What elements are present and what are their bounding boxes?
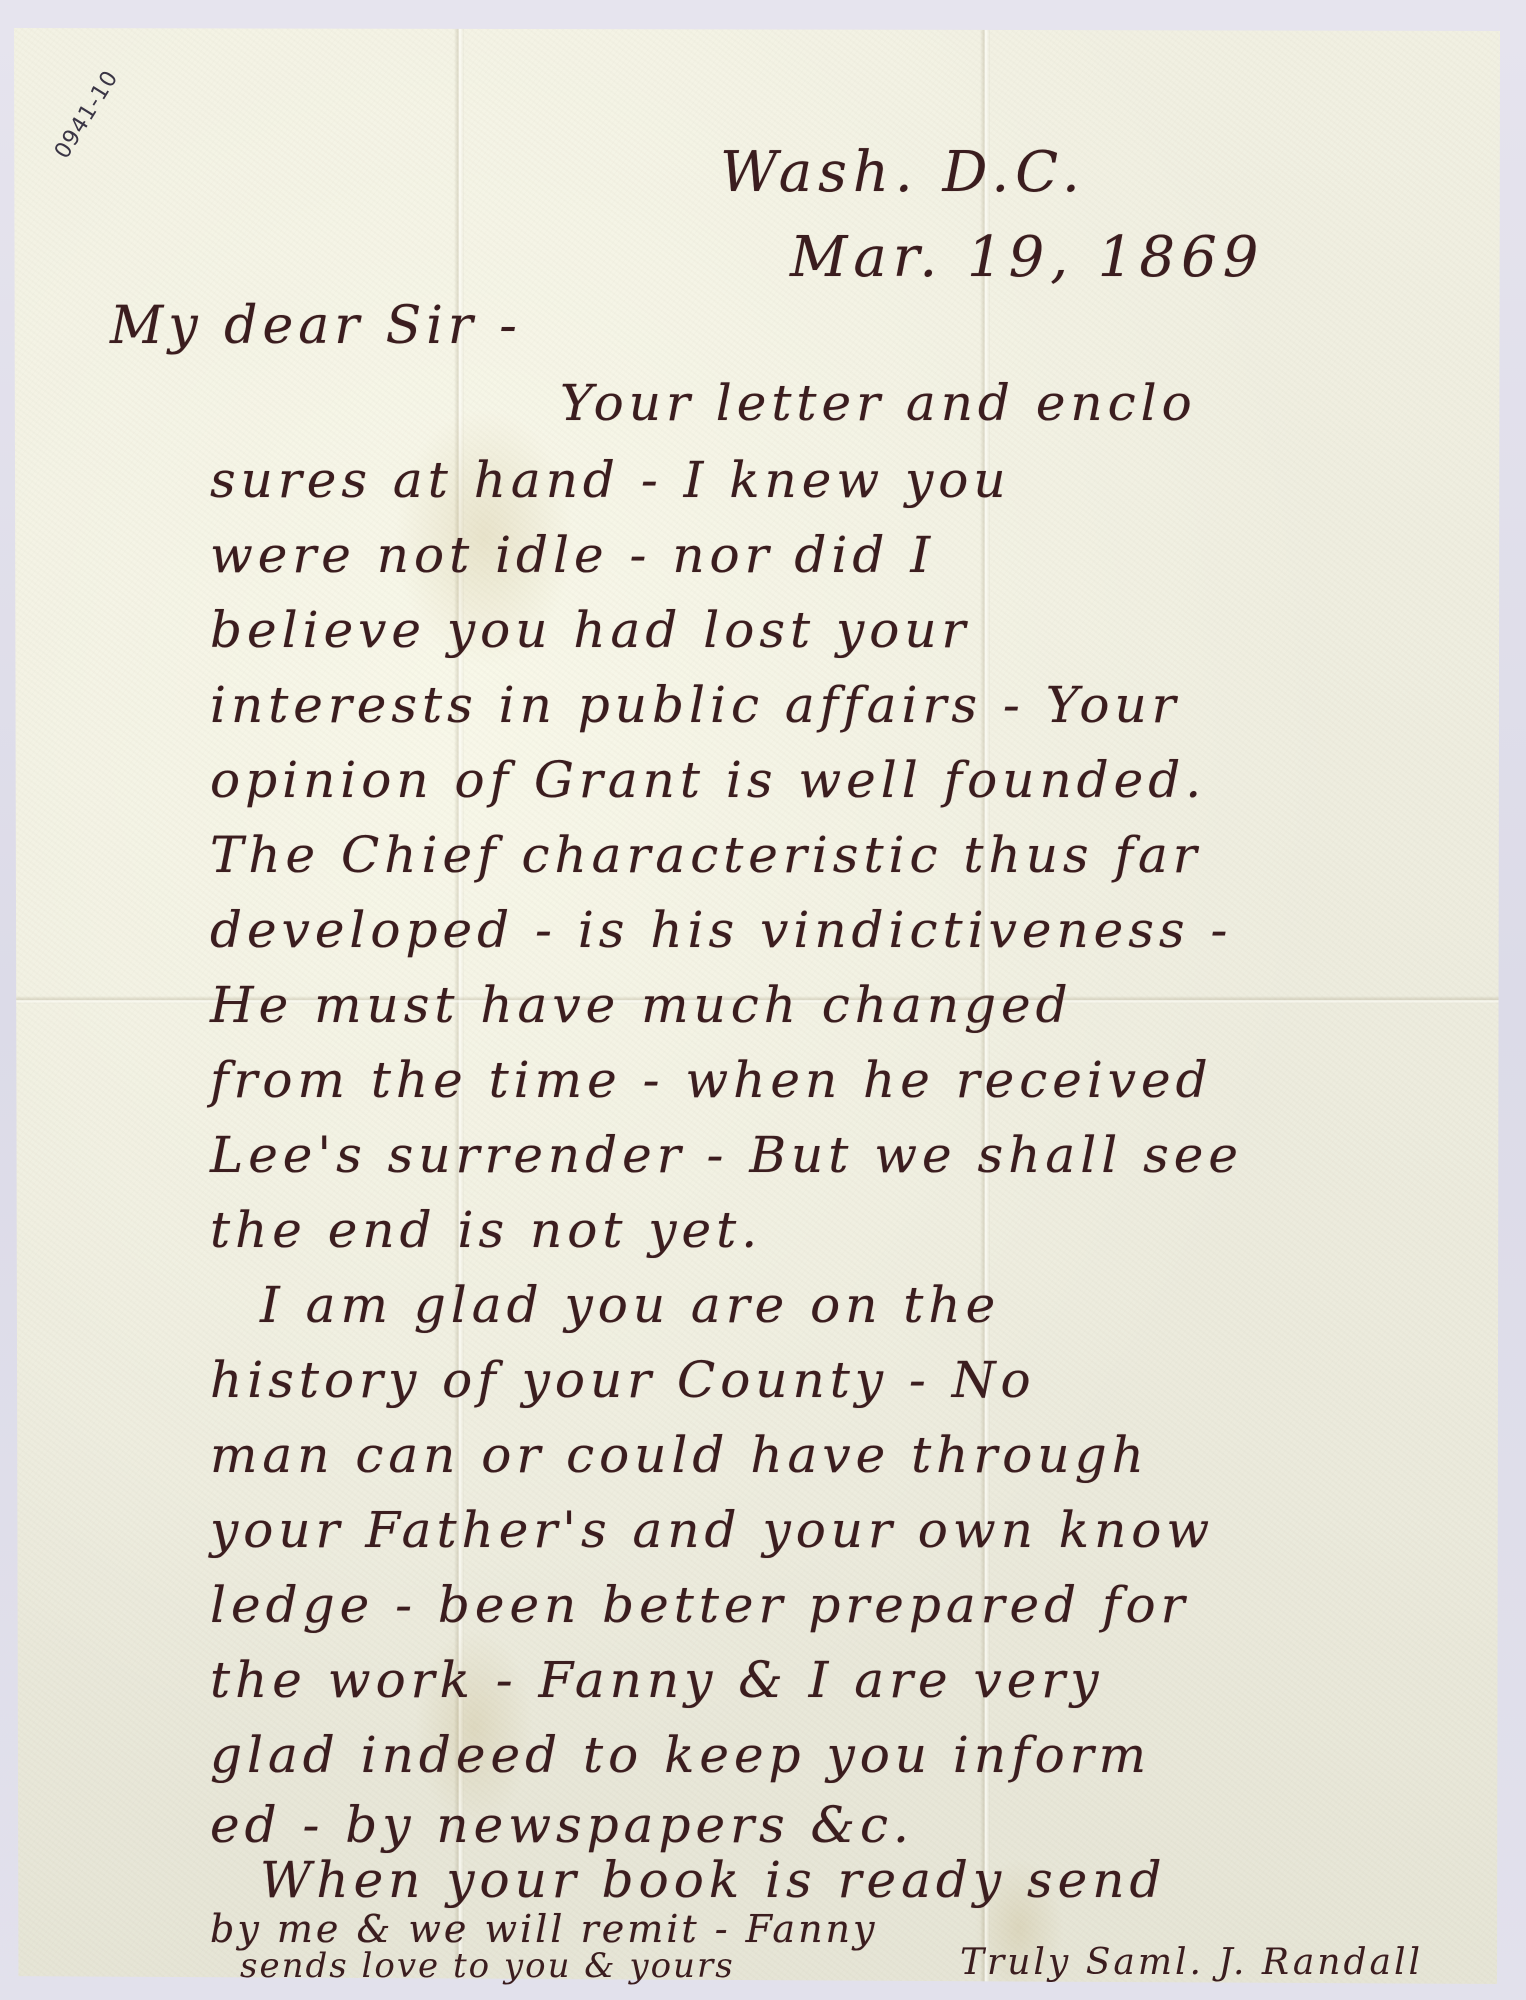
body-line: man can or could have through (210, 1430, 1149, 1480)
body-line: developed - is his vindictiveness - (210, 905, 1232, 955)
body-line: ed - by newspapers &c. (210, 1800, 914, 1850)
letter-heading-date: Mar. 19, 1869 (790, 230, 1264, 286)
body-line: I am glad you are on the (260, 1280, 1000, 1330)
body-line: from the time - when he received (210, 1055, 1213, 1105)
body-line: glad indeed to keep you inform (210, 1730, 1151, 1780)
body-line: ledge - been better prepared for (210, 1580, 1190, 1630)
body-line: history of your County - No (210, 1355, 1036, 1405)
letter-heading-place: Wash. D.C. (720, 145, 1086, 201)
letter-closing: sends love to you & yours (240, 1946, 735, 1986)
body-line: were not idle - nor did I (210, 530, 935, 580)
letter-signature: Truly Saml. J. Randall (960, 1942, 1423, 1983)
body-line: by me & we will remit - Fanny (210, 1910, 878, 1948)
body-line: your Father's and your own know (210, 1505, 1214, 1555)
body-line: Lee's surrender - But we shall see (210, 1130, 1243, 1180)
body-line: the end is not yet. (210, 1205, 762, 1255)
body-line: The Chief characteristic thus far (210, 830, 1202, 880)
body-line: believe you had lost your (210, 605, 970, 655)
body-line: the work - Fanny & I are very (210, 1655, 1103, 1705)
body-line: interests in public affairs - Your (210, 680, 1181, 730)
body-line: Your letter and enclo (560, 378, 1197, 428)
body-line: opinion of Grant is well founded. (210, 755, 1206, 805)
body-line: sures at hand - I knew you (210, 455, 1011, 505)
letter-salutation: My dear Sir - (110, 300, 522, 352)
body-line: When your book is ready send (260, 1855, 1166, 1905)
body-line: He must have much changed (210, 980, 1073, 1030)
